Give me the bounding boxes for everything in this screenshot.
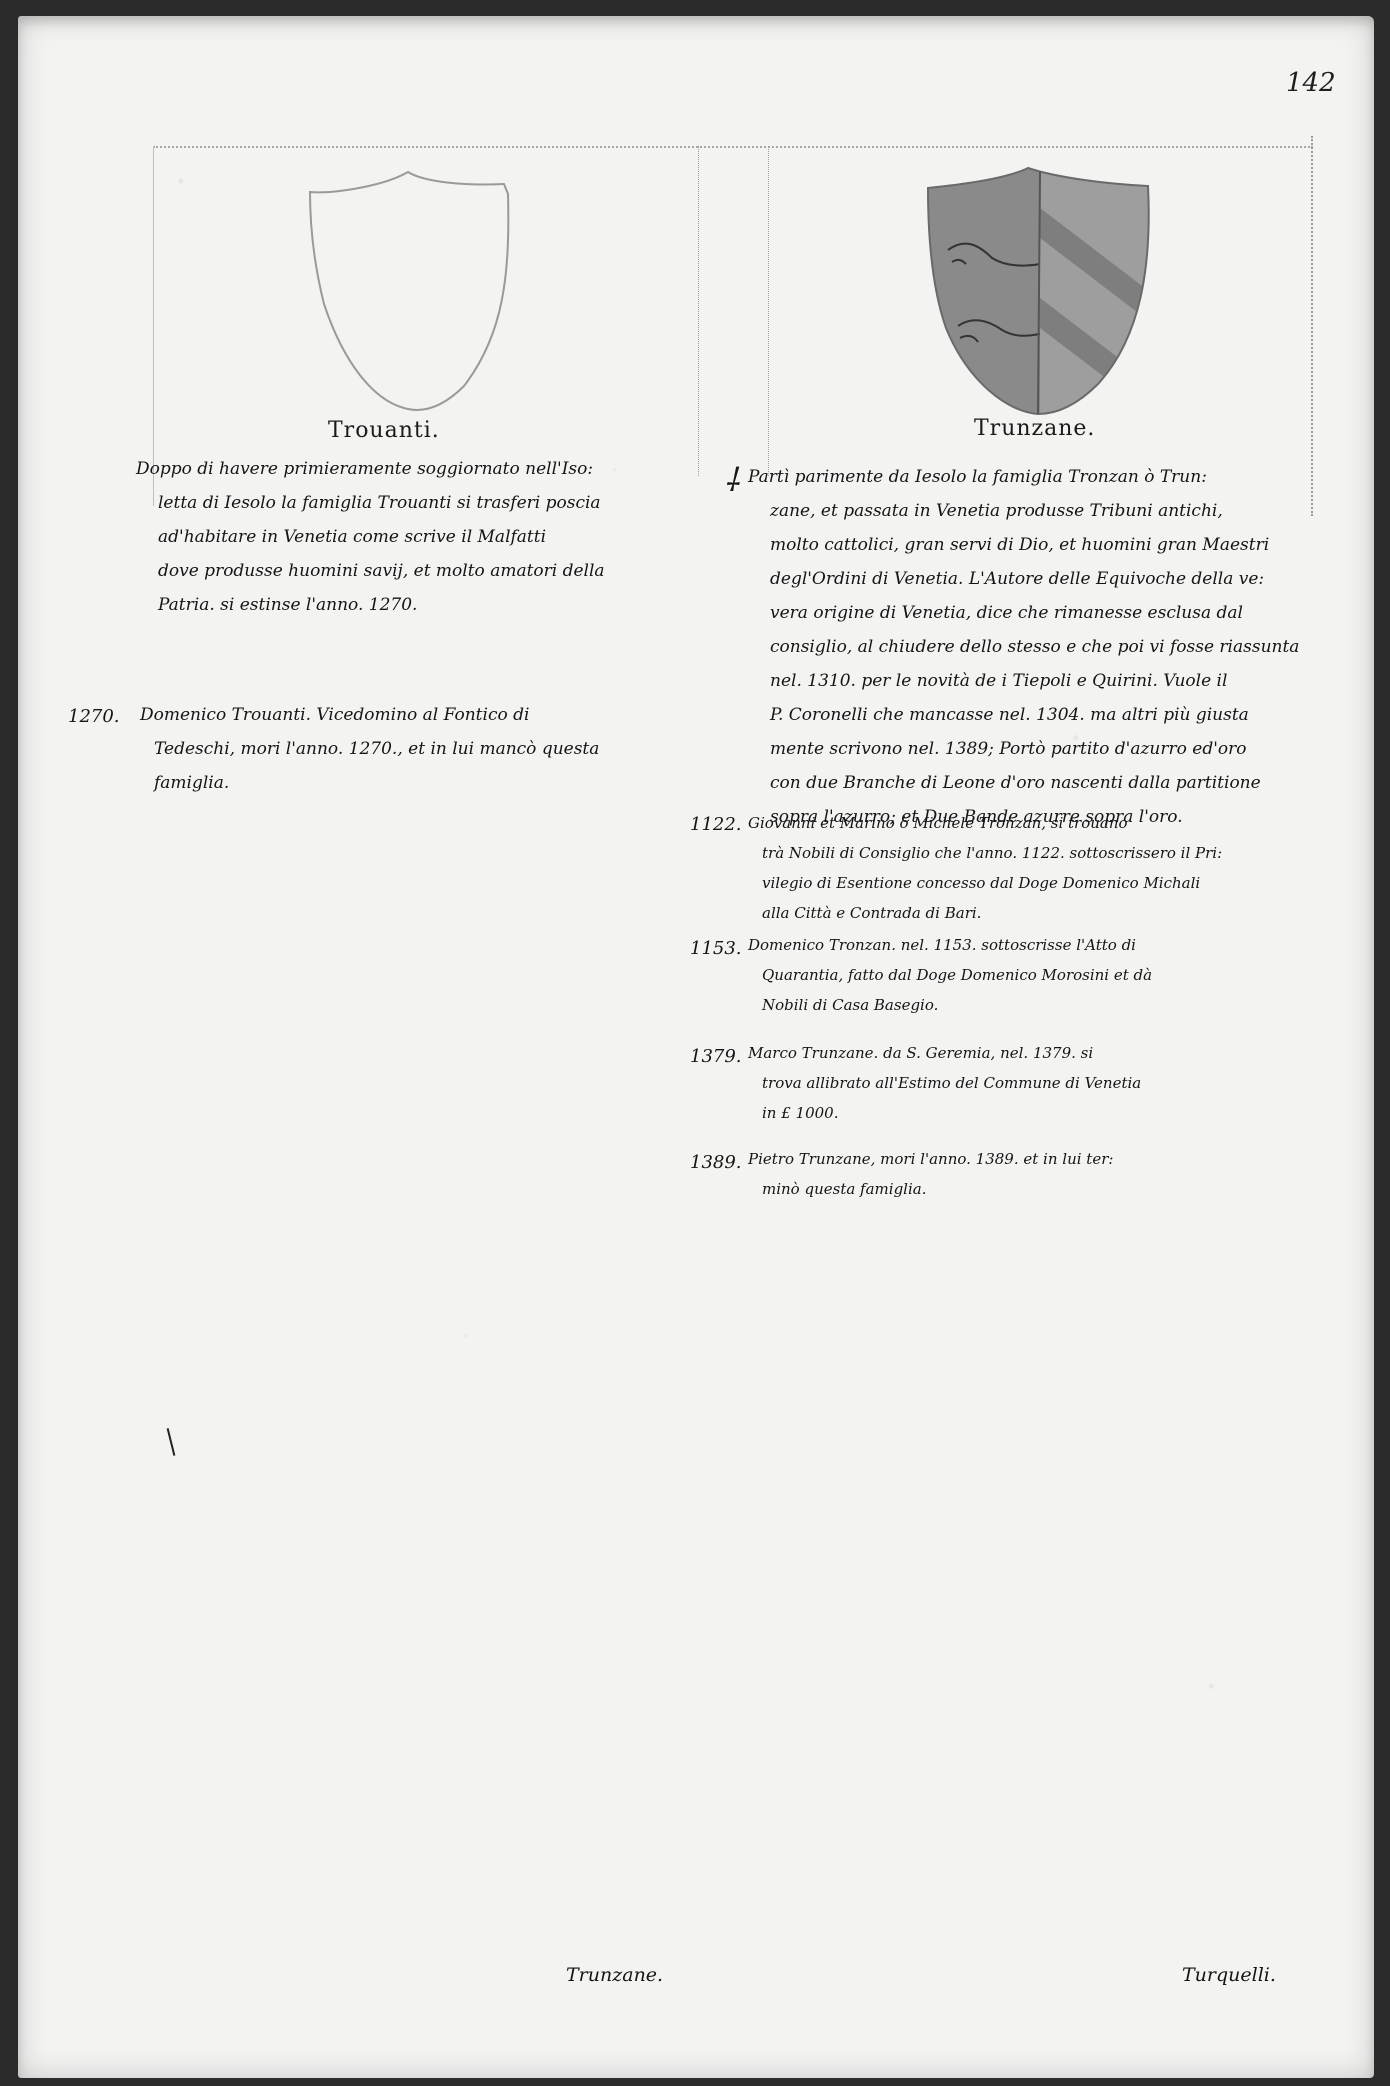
coat-of-arms-trouanti — [304, 164, 544, 414]
text-line: consiglio, al chiudere dello stesso e ch… — [748, 630, 1299, 664]
text-line: vera origine di Venetia, dice che rimane… — [748, 596, 1299, 630]
text-line: dove produsse huomini savij, et molto am… — [136, 554, 605, 588]
text-line: Quarantia, fatto dal Doge Domenico Moros… — [748, 960, 1152, 990]
arms-label-trouanti: Trouanti. — [328, 418, 440, 443]
coat-of-arms-trunzane — [918, 158, 1158, 418]
text-line: minò questa famiglia. — [748, 1174, 1113, 1204]
entry-domenico-tronzan: Domenico Tronzan. nel. 1153. sottoscriss… — [748, 930, 1152, 1020]
catchword-left: Trunzane. — [566, 1964, 663, 1986]
text-line: in £ 1000. — [748, 1098, 1141, 1128]
text-line: mente scrivono nel. 1389; Portò partito … — [748, 732, 1299, 766]
text-line: Doppo di havere primieramente soggiornat… — [136, 452, 605, 486]
text-line: Domenico Trouanti. Vicedomino al Fontico… — [140, 698, 599, 732]
cross-mark-icon: ⸸ — [724, 458, 739, 501]
frame-rule-right — [1311, 136, 1313, 516]
text-line: zane, et passata in Venetia produsse Tri… — [748, 494, 1299, 528]
entry-pietro-trunzane: Pietro Trunzane, mori l'anno. 1389. et i… — [748, 1144, 1113, 1204]
catchword-right: Turquelli. — [1182, 1964, 1276, 1986]
text-line: Nobili di Casa Basegio. — [748, 990, 1152, 1020]
entry-year: 1153. — [690, 938, 742, 959]
text-line: Marco Trunzane. da S. Geremia, nel. 1379… — [748, 1038, 1141, 1068]
text-line: nel. 1310. per le novità de i Tiepoli e … — [748, 664, 1299, 698]
text-line: letta di Iesolo la famiglia Trouanti si … — [136, 486, 605, 520]
entry-year: 1122. — [690, 814, 742, 835]
text-line: ad'habitare in Venetia come scrive il Ma… — [136, 520, 605, 554]
text-line: Domenico Tronzan. nel. 1153. sottoscriss… — [748, 930, 1152, 960]
text-line: vilegio di Esentione concesso dal Doge D… — [748, 868, 1222, 898]
empty-shield-icon — [304, 164, 544, 414]
frame-rule-top — [153, 146, 1313, 148]
text-line: trà Nobili di Consiglio che l'anno. 1122… — [748, 838, 1222, 868]
description-trouanti: Doppo di havere primieramente soggiornat… — [136, 452, 605, 622]
text-line: trova allibrato all'Estimo del Commune d… — [748, 1068, 1141, 1098]
frame-rule-divider — [768, 146, 769, 476]
entry-marco-trunzane: Marco Trunzane. da S. Geremia, nel. 1379… — [748, 1038, 1141, 1128]
entry-giovanni-marino-tronzan: Giovanni et Marino ò Michele Tronzan, si… — [748, 808, 1222, 928]
text-line: Partì parimente da Iesolo la famiglia Tr… — [748, 460, 1299, 494]
text-line: Pietro Trunzane, mori l'anno. 1389. et i… — [748, 1144, 1113, 1174]
text-line: Giovanni et Marino ò Michele Tronzan, si… — [748, 808, 1222, 838]
text-line: Patria. si estinse l'anno. 1270. — [136, 588, 605, 622]
page-number: 142 — [1286, 68, 1336, 98]
arms-label-trunzane: Trunzane. — [974, 416, 1095, 441]
text-line: famiglia. — [140, 766, 599, 800]
manuscript-page: 142 Trouanti. Doppo di havere primierame… — [18, 16, 1374, 2078]
description-trunzane: Partì parimente da Iesolo la famiglia Tr… — [748, 460, 1299, 834]
entry-year: 1270. — [68, 706, 120, 727]
painted-shield-icon — [918, 158, 1158, 418]
text-line: molto cattolici, gran servi di Dio, et h… — [748, 528, 1299, 562]
text-line: Tedeschi, mori l'anno. 1270., et in lui … — [140, 732, 599, 766]
ink-mark — [167, 1428, 176, 1456]
entry-domenico-trouanti: Domenico Trouanti. Vicedomino al Fontico… — [140, 698, 599, 800]
text-line: alla Città e Contrada di Bari. — [748, 898, 1222, 928]
text-line: degl'Ordini di Venetia. L'Autore delle E… — [748, 562, 1299, 596]
entry-year: 1379. — [690, 1046, 742, 1067]
frame-rule-divider — [698, 146, 699, 476]
text-line: P. Coronelli che mancasse nel. 1304. ma … — [748, 698, 1299, 732]
text-line: con due Branche di Leone d'oro nascenti … — [748, 766, 1299, 800]
entry-year: 1389. — [690, 1152, 742, 1173]
